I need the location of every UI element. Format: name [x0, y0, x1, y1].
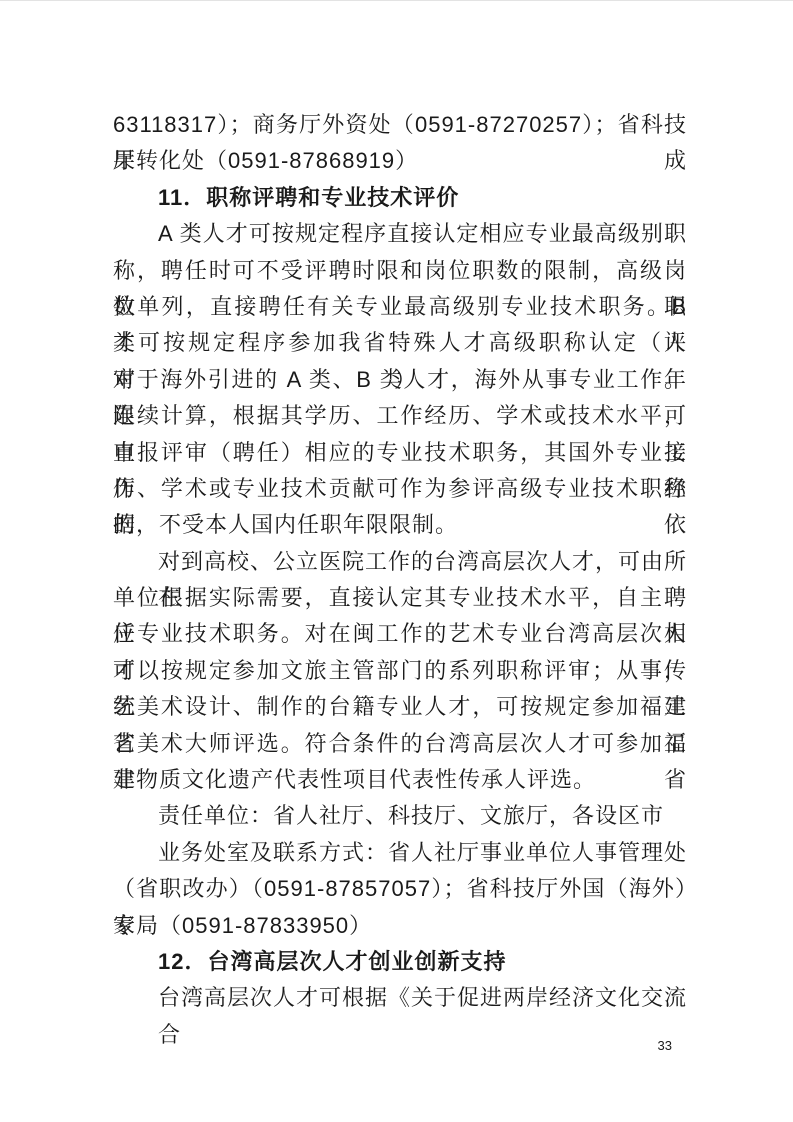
text-line: 历、学术或专业技术贡献可作为参评高级专业技术职称的依: [113, 471, 687, 507]
text-line: 称，聘任时可不受评聘时限和岗位职数的限制，高级岗位职: [113, 253, 687, 289]
text-line: （省职改办）（0591-87857057）；省科技厅外国（海外）专: [113, 871, 687, 907]
text-line: 单位根据实际需要，直接认定其专业技术水平，自主聘任相: [113, 580, 687, 616]
text-line: 责任单位：省人社厅、科技厅、文旅厅，各设区市: [113, 798, 687, 834]
text-line: 应专业技术职务。对在闽工作的艺术专业台湾高层次人才，: [113, 616, 687, 652]
text-line: 业务处室及联系方式：省人社厅事业单位人事管理处: [113, 835, 687, 871]
text-line: 对于海外引进的 A 类、B 类人才，海外从事专业工作年限可: [113, 362, 687, 398]
text-line: 对到高校、公立医院工作的台湾高层次人才，可由所在: [113, 544, 687, 580]
text-line: 连续计算，根据其学历、工作经历、学术或技术水平，直接: [113, 398, 687, 434]
section-heading: 12．台湾高层次人才创业创新支持: [113, 944, 687, 980]
page-number: 33: [658, 1037, 672, 1055]
text-line: 家局（0591-87833950）: [113, 908, 687, 944]
text-line: 申报评审（聘任）相应的专业技术职务，其国外专业工作经: [113, 435, 687, 471]
text-line: 63118317）；商务厅外资处（0591-87270257）；省科技厅成: [113, 107, 687, 143]
text-line: 可以按规定参加文旅主管部门的系列职称评审；从事传统工: [113, 653, 687, 689]
text-line: A 类人才可按规定程序直接认定相应专业最高级别职: [113, 216, 687, 252]
text-line: 数单列，直接聘任有关专业最高级别专业技术职务。B 类人: [113, 289, 687, 325]
text-line: 艺美术大师评选。符合条件的台湾高层次人才可参加福建省: [113, 726, 687, 762]
document-page: 63118317）；商务厅外资处（0591-87270257）；省科技厅成果转化…: [0, 0, 793, 1122]
text-line: 才可按规定程序参加我省特殊人才高级职称认定（评审）。: [113, 325, 687, 361]
section-heading: 11．职称评聘和专业技术评价: [113, 180, 687, 216]
text-line: 艺美术设计、制作的台籍专业人才，可按规定参加福建省工: [113, 689, 687, 725]
document-body: 63118317）；商务厅外资处（0591-87270257）；省科技厅成果转化…: [113, 107, 687, 1017]
text-line: 台湾高层次人才可根据《关于促进两岸经济文化交流合: [113, 980, 687, 1016]
